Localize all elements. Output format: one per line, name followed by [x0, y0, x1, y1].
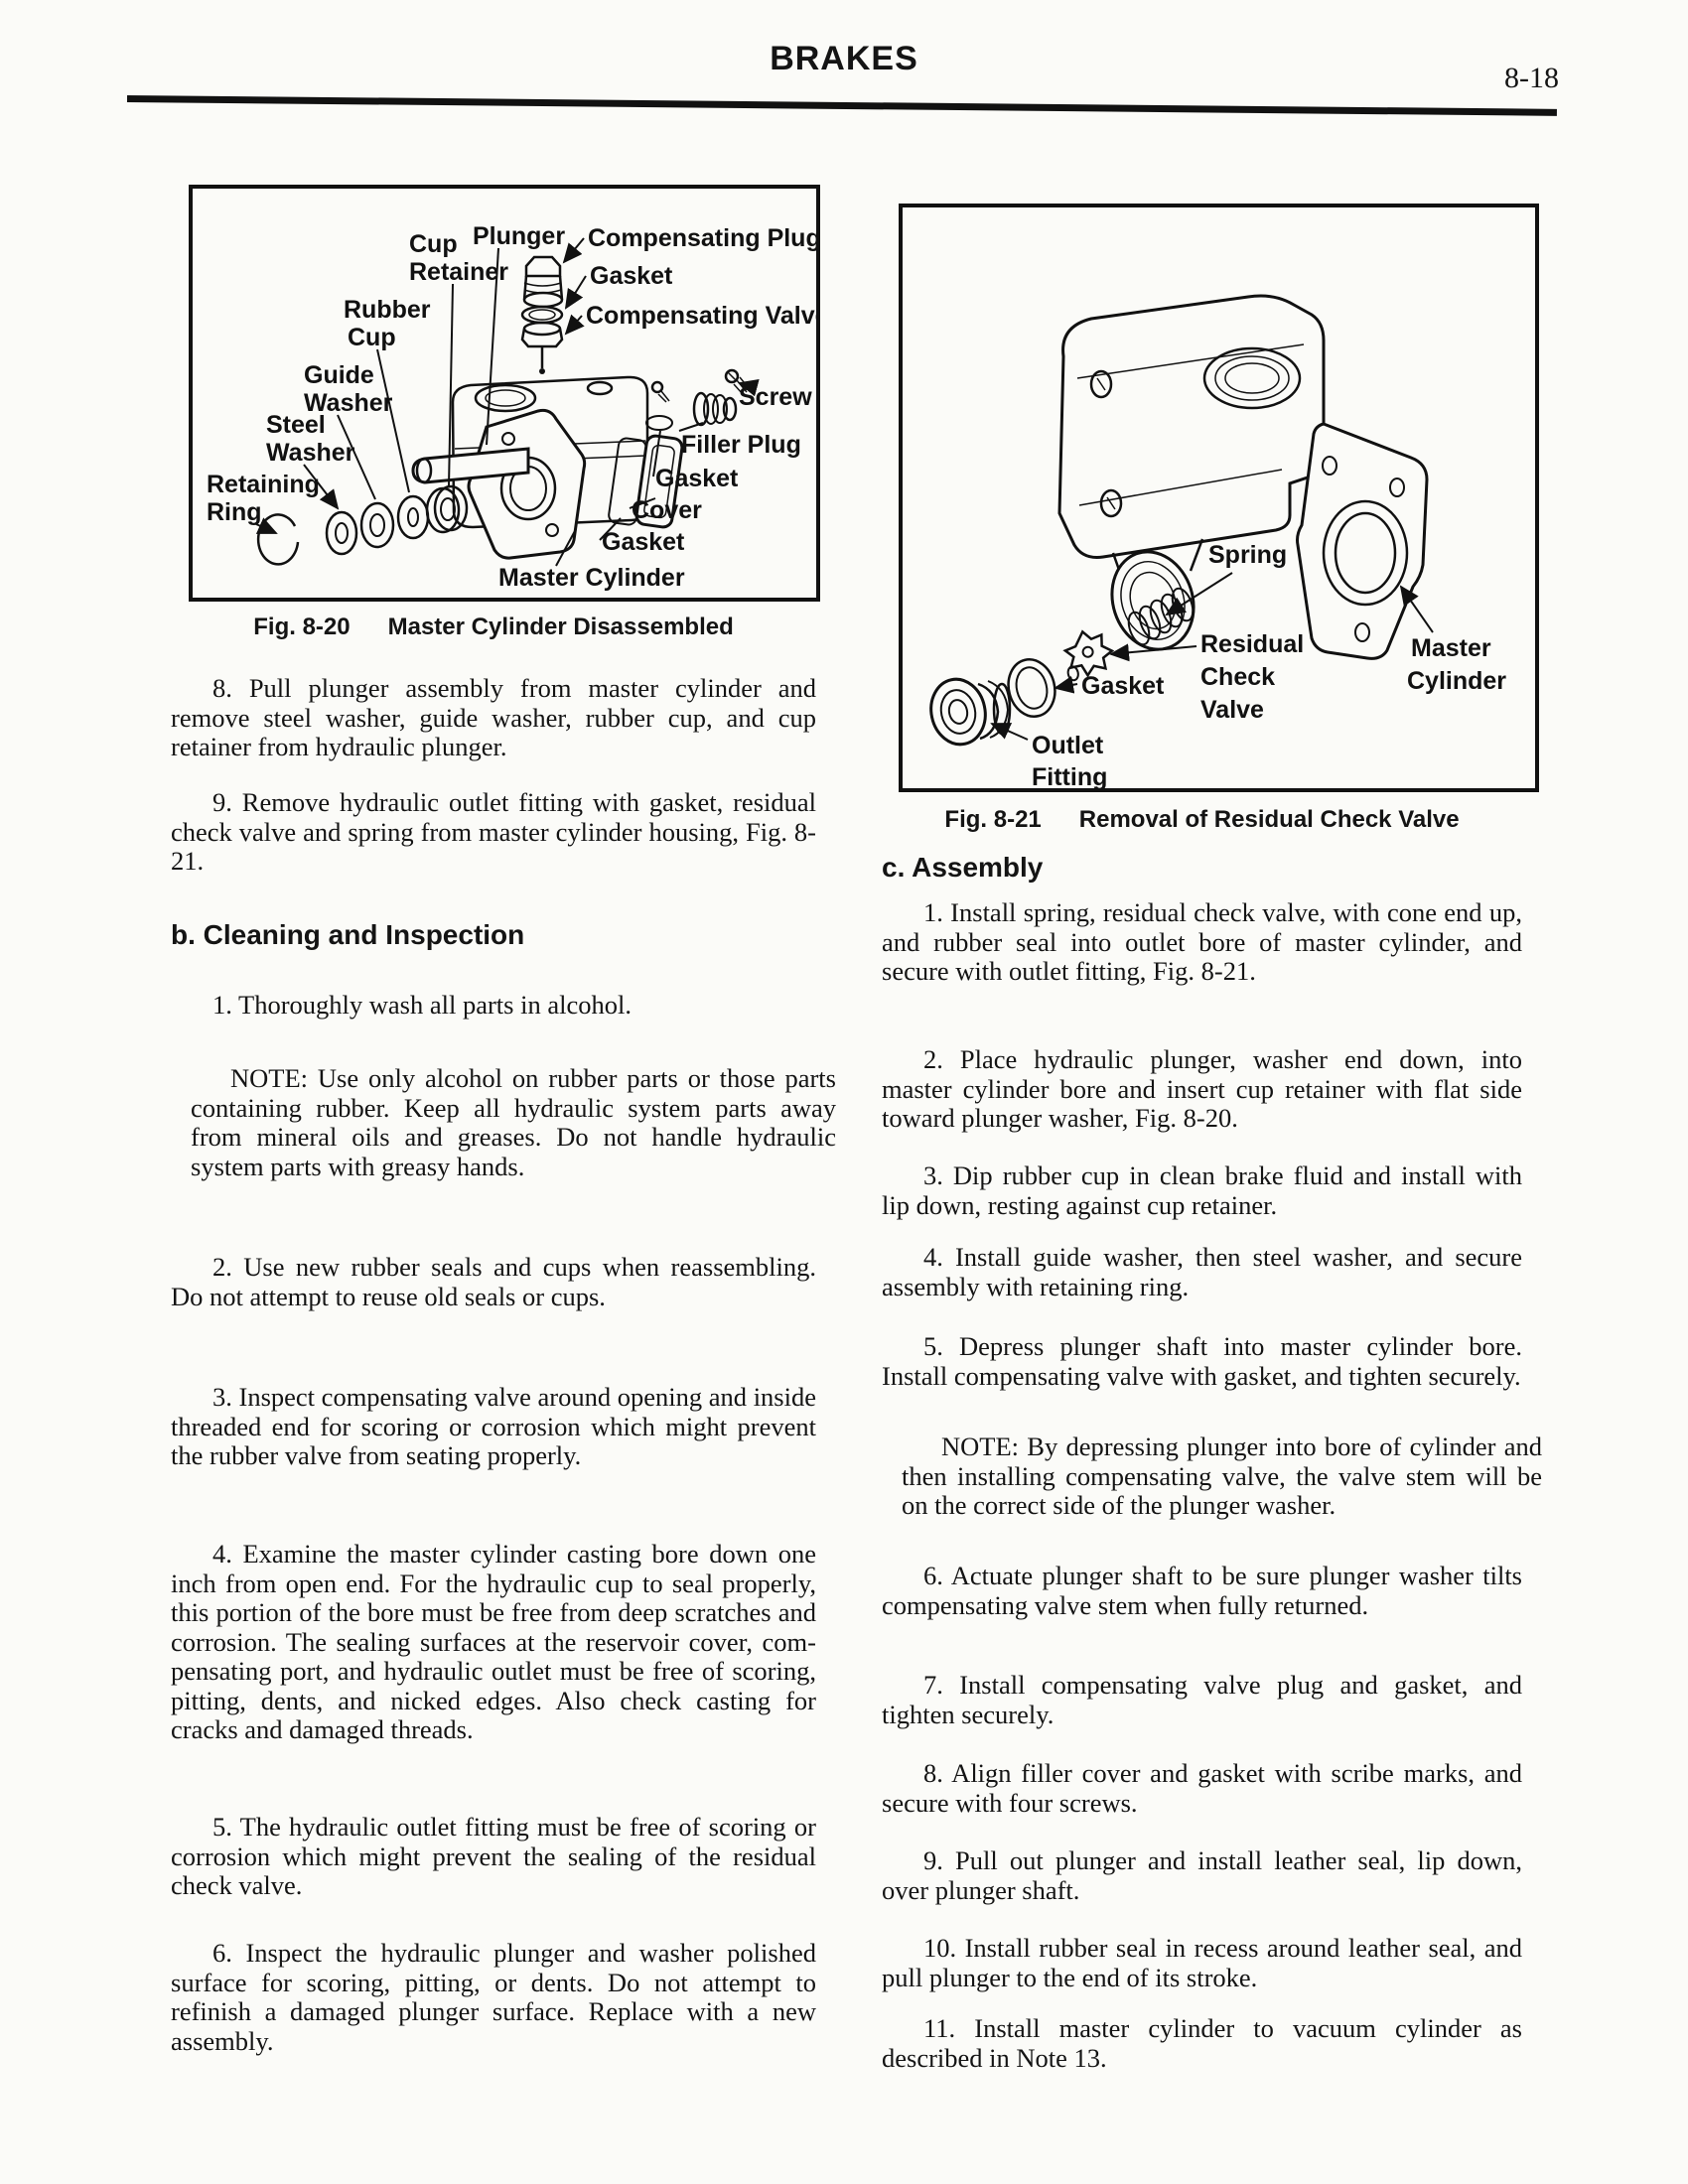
steel-washer-part — [327, 512, 356, 554]
page-number: 8-18 — [1410, 62, 1559, 95]
assembly-item-5: 5. Depress plunger shaft into master cyl… — [882, 1332, 1522, 1391]
fig20-label-filler-plug: Filler Plug — [681, 431, 801, 459]
caption-title: Master Cylinder Disassembled — [388, 614, 734, 641]
assembly-item-8: 8. Align filler cover and gasket with sc… — [882, 1759, 1522, 1818]
fig21-label-residual-check-valve: Check — [1200, 663, 1275, 691]
assembly-item-9: 9. Pull out plunger and install leather … — [882, 1846, 1522, 1905]
cleaning-item-4: 4. Examine the master cylinder casting b… — [171, 1540, 816, 1745]
fig21-label-outlet-fitting: Fitting — [1032, 763, 1107, 788]
cleaning-note: NOTE: Use only alcohol on rubber parts o… — [171, 1064, 836, 1181]
compensating-plug-part — [524, 257, 562, 307]
fig21-label-outlet-fitting: Outlet — [1032, 732, 1104, 759]
fig21-label-spring: Spring — [1208, 541, 1287, 569]
caption-number: Fig. 8-21 — [944, 806, 1041, 834]
fig20-label-compensating-plug: Compensating Plug — [588, 224, 816, 252]
fig20-label-gasket-top: Gasket — [590, 262, 673, 290]
assembly-note: NOTE: By depressing plunger into bore of… — [882, 1433, 1542, 1521]
flange-plate — [469, 410, 585, 558]
assembly-item-3: 3. Dip rubber cup in clean brake fluid a… — [882, 1161, 1522, 1220]
manual-page: BRAKES 8-18 — [0, 0, 1688, 2184]
assembly-item-10: 10. Install rubber seal in recess around… — [882, 1934, 1522, 1992]
paragraph-step-9: 9. Remove hydraulic outlet fitting with … — [171, 788, 816, 877]
figure-8-20-illustration: Cup Retainer Plunger Compensating Plug G… — [193, 189, 816, 598]
outlet-fitting-part — [925, 674, 1010, 750]
cleaning-item-1: 1. Thoroughly wash all parts in alcohol. — [171, 991, 816, 1021]
fig20-label-cup-retainer: Cup — [409, 230, 458, 258]
cup-retainer-part — [427, 486, 467, 532]
fig20-label-retaining-ring: Retaining — [207, 471, 320, 498]
cleaning-item-3: 3. Inspect compensating valve around ope… — [171, 1383, 816, 1471]
fig20-label-cup-retainer: Retainer — [409, 258, 508, 286]
figure-8-21-caption: Fig. 8-21 Removal of Residual Check Valv… — [882, 806, 1522, 834]
retaining-ring-part — [258, 514, 298, 564]
assembly-item-11: 11. Install master cylinder to vacuum cy… — [882, 2014, 1522, 2073]
fig21-label-master-cylinder: Master — [1411, 634, 1491, 662]
section-heading-cleaning: b. Cleaning and Inspection — [171, 919, 524, 951]
fig21-label-gasket: Gasket — [1081, 672, 1165, 700]
fig20-label-gasket-lower: Gasket — [602, 528, 685, 556]
cleaning-item-5: 5. The hydraulic outlet fitting must be … — [171, 1813, 816, 1901]
fig20-label-guide-washer: Guide — [304, 361, 374, 389]
flange-plate — [1298, 424, 1428, 658]
cleaning-item-2: 2. Use new rubber seals and cups when re… — [171, 1253, 816, 1311]
figure-8-20-caption: Fig. 8-20 Master Cylinder Disassembled — [171, 614, 816, 641]
gasket-part — [1003, 654, 1061, 721]
rubber-cup-part — [398, 496, 428, 538]
fig20-label-compensating-valve: Compensating Valve — [586, 302, 816, 330]
caption-title: Removal of Residual Check Valve — [1079, 806, 1460, 834]
paragraph-step-8: 8. Pull plunger assembly from master cyl… — [171, 674, 816, 762]
assembly-item-1: 1. Install spring, residual check valve,… — [882, 898, 1522, 987]
assembly-item-6: 6. Actuate plunger shaft to be sure plun… — [882, 1562, 1522, 1620]
fig20-label-rubber-cup: Rubber — [344, 296, 431, 324]
fig21-label-residual-check-valve: Residual — [1200, 630, 1304, 658]
cleaning-item-6: 6. Inspect the hydraulic plunger and was… — [171, 1939, 816, 2056]
section-heading-assembly: c. Assembly — [882, 852, 1043, 884]
header-rule — [127, 95, 1557, 116]
fig21-label-master-cylinder: Cylinder — [1407, 667, 1506, 695]
assembly-item-7: 7. Install compensating valve plug and g… — [882, 1671, 1522, 1729]
fig20-label-retaining-ring: Ring — [207, 498, 262, 526]
fig20-label-master-cylinder: Master Cylinder — [498, 564, 685, 592]
fig20-label-plunger: Plunger — [473, 222, 565, 250]
filler-plug-part — [694, 393, 736, 425]
figure-8-21: Spring Master Cylinder Residual Check Va… — [899, 204, 1539, 792]
fig20-label-cover: Cover — [632, 496, 702, 524]
assembly-item-4: 4. Install guide washer, then steel wash… — [882, 1243, 1522, 1301]
fig20-label-steel-washer: Steel — [266, 411, 326, 439]
plug-gasket-part — [522, 307, 562, 323]
fig20-label-rubber-cup: Cup — [348, 324, 396, 351]
caption-number: Fig. 8-20 — [253, 614, 350, 641]
filler-gasket-part — [646, 416, 672, 430]
fig20-label-steel-washer: Washer — [266, 439, 355, 467]
assembly-item-2: 2. Place hydraulic plunger, washer end d… — [882, 1045, 1522, 1134]
figure-8-21-illustration: Spring Master Cylinder Residual Check Va… — [903, 207, 1535, 788]
compensating-valve-part — [522, 323, 562, 374]
figure-8-20: Cup Retainer Plunger Compensating Plug G… — [189, 185, 820, 602]
screw-part — [652, 370, 749, 402]
guide-washer-part — [361, 503, 393, 547]
fig20-label-gasket-mid: Gasket — [655, 465, 739, 492]
fig21-label-residual-check-valve: Valve — [1200, 696, 1264, 724]
fig20-label-screw: Screw — [739, 383, 812, 411]
